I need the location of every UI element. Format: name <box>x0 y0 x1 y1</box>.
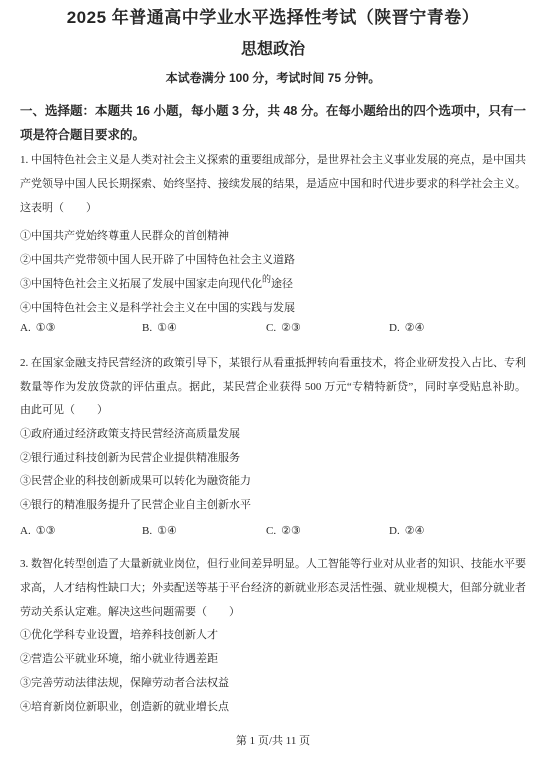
option-label: D. <box>389 317 400 341</box>
option-value: ②④ <box>405 317 425 341</box>
option-label: C. <box>266 520 276 544</box>
section-header: 一、选择题：本题共 16 小题，每小题 3 分，共 48 分。在每小题给出的四个… <box>20 99 526 146</box>
option-label: B. <box>142 317 152 341</box>
question-1-items: ①中国共产党始终尊重人民群众的首创精神 ②中国共产党带领中国人民开辟了中国特色社… <box>20 220 526 315</box>
item-3: ③中国特色社会主义拓展了发展中国家走向现代化的途径 <box>20 268 526 292</box>
item-text: ③完善劳动法律法规，保障劳动者合法权益 <box>20 677 229 689</box>
item-text: 途径 <box>271 278 293 290</box>
item-2: ②中国共产党带领中国人民开辟了中国特色社会主义道路 <box>20 244 526 268</box>
item-text: ④培育新岗位新职业，创造新的就业增长点 <box>20 701 229 713</box>
option-b: B.①④ <box>142 520 266 544</box>
option-value: ①③ <box>36 317 56 341</box>
item-1: ①优化学科专业设置，培养科技创新人才 <box>20 624 526 648</box>
option-a: A.①③ <box>20 520 142 544</box>
exam-paper-page: 2025 年普通高中学业水平选择性考试（陕晋宁青卷） 思想政治 本试卷满分 10… <box>0 0 546 761</box>
item-text: ②中国共产党带领中国人民开辟了中国特色社会主义道路 <box>20 254 295 266</box>
question-1-stem: 1. 中国特色社会主义是人类对社会主义探索的重要组成部分，是世界社会主义事业发展… <box>20 149 526 220</box>
item-4: ④银行的精准服务提升了民营企业自主创新水平 <box>20 494 526 518</box>
item-2: ②营造公平就业环境，缩小就业待遇差距 <box>20 648 526 672</box>
stem-line: 由此可见（ ） <box>20 399 526 423</box>
option-value: ②④ <box>405 520 425 544</box>
question-2-options: A.①③ B.①④ C.②③ D.②④ <box>20 520 526 544</box>
page-title: 2025 年普通高中学业水平选择性考试（陕晋宁青卷） <box>20 6 526 30</box>
question-3-stem: 3. 数智化转型创造了大量新就业岗位，但行业间差异明显。人工智能等行业对从业者的… <box>20 553 526 624</box>
question-3: 3. 数智化转型创造了大量新就业岗位，但行业间差异明显。人工智能等行业对从业者的… <box>20 553 526 719</box>
item-text: ④中国特色社会主义是科学社会主义在中国的实践与发展 <box>20 302 295 314</box>
option-label: A. <box>20 520 31 544</box>
item-1: ①政府通过经济政策支持民营经济高质量发展 <box>20 423 526 447</box>
question-3-items: ①优化学科专业设置，培养科技创新人才 ②营造公平就业环境，缩小就业待遇差距 ③完… <box>20 624 526 719</box>
stem-line: 产党领导中国人民长期探索、始终坚持、接续发展的结果，是适应中国和时代进步要求的科… <box>20 173 526 197</box>
item-text: ②银行通过科技创新为民营企业提供精准服务 <box>20 452 240 464</box>
option-a: A.①③ <box>20 317 142 341</box>
option-label: D. <box>389 520 400 544</box>
item-text: ①中国共产党始终尊重人民群众的首创精神 <box>20 230 229 242</box>
item-text: ②营造公平就业环境，缩小就业待遇差距 <box>20 653 218 665</box>
option-d: D.②④ <box>389 520 526 544</box>
question-2-items: ①政府通过经济政策支持民营经济高质量发展 ②银行通过科技创新为民营企业提供精准服… <box>20 423 526 518</box>
option-c: C.②③ <box>266 520 389 544</box>
stem-line: 求高，人才结构性缺口大；外卖配送等基于平台经济的新就业形态灵活性强、就业规模大，… <box>20 577 526 601</box>
question-2-stem: 2. 在国家金融支持民营经济的政策引导下，某银行从看重抵押转向看重技术，将企业研… <box>20 352 526 423</box>
item-1: ①中国共产党始终尊重人民群众的首创精神 <box>20 220 526 244</box>
question-1-options: A.①③ B.①④ C.②③ D.②④ <box>20 317 526 341</box>
stem-line: 3. 数智化转型创造了大量新就业岗位，但行业间差异明显。人工智能等行业对从业者的… <box>20 553 526 577</box>
option-value: ②③ <box>281 520 301 544</box>
option-d: D.②④ <box>389 317 526 341</box>
item-text: ①政府通过经济政策支持民营经济高质量发展 <box>20 428 240 440</box>
question-1: 1. 中国特色社会主义是人类对社会主义探索的重要组成部分，是世界社会主义事业发展… <box>20 149 526 341</box>
question-2: 2. 在国家金融支持民营经济的政策引导下，某银行从看重抵押转向看重技术，将企业研… <box>20 352 526 544</box>
section-header-line: 项是符合题目要求的。 <box>20 123 526 147</box>
page-number: 第 1 页/共 11 页 <box>0 734 546 748</box>
item-3: ③民营企业的科技创新成果可以转化为融资能力 <box>20 470 526 494</box>
option-label: A. <box>20 317 31 341</box>
item-3: ③完善劳动法律法规，保障劳动者合法权益 <box>20 672 526 696</box>
item-text: ④银行的精准服务提升了民营企业自主创新水平 <box>20 499 251 511</box>
item-sup-text: 的 <box>262 274 271 284</box>
option-label: C. <box>266 317 276 341</box>
option-c: C.②③ <box>266 317 389 341</box>
option-value: ①③ <box>36 520 56 544</box>
option-value: ②③ <box>281 317 301 341</box>
stem-line: 1. 中国特色社会主义是人类对社会主义探索的重要组成部分，是世界社会主义事业发展… <box>20 149 526 173</box>
item-4: ④培育新岗位新职业，创造新的就业增长点 <box>20 696 526 720</box>
option-value: ①④ <box>157 317 177 341</box>
stem-line: 2. 在国家金融支持民营经济的政策引导下，某银行从看重抵押转向看重技术，将企业研… <box>20 352 526 376</box>
item-text: ③民营企业的科技创新成果可以转化为融资能力 <box>20 475 251 487</box>
option-b: B.①④ <box>142 317 266 341</box>
stem-line: 劳动关系认定难。解决这些问题需要（ ） <box>20 601 526 625</box>
item-4: ④中国特色社会主义是科学社会主义在中国的实践与发展 <box>20 292 526 316</box>
item-text: ①优化学科专业设置，培养科技创新人才 <box>20 629 218 641</box>
stem-line: 这表明（ ） <box>20 197 526 221</box>
option-label: B. <box>142 520 152 544</box>
exam-info: 本试卷满分 100 分，考试时间 75 分钟。 <box>20 70 526 86</box>
subject-title: 思想政治 <box>20 40 526 60</box>
item-text: ③中国特色社会主义拓展了发展中国家走向现代化 <box>20 278 262 290</box>
item-2: ②银行通过科技创新为民营企业提供精准服务 <box>20 447 526 471</box>
section-header-line: 一、选择题：本题共 16 小题，每小题 3 分，共 48 分。在每小题给出的四个… <box>20 99 526 123</box>
option-value: ①④ <box>157 520 177 544</box>
stem-line: 数量等作为发放贷款的评估重点。据此，某民营企业获得 500 万元“专精特新贷”，… <box>20 376 526 400</box>
